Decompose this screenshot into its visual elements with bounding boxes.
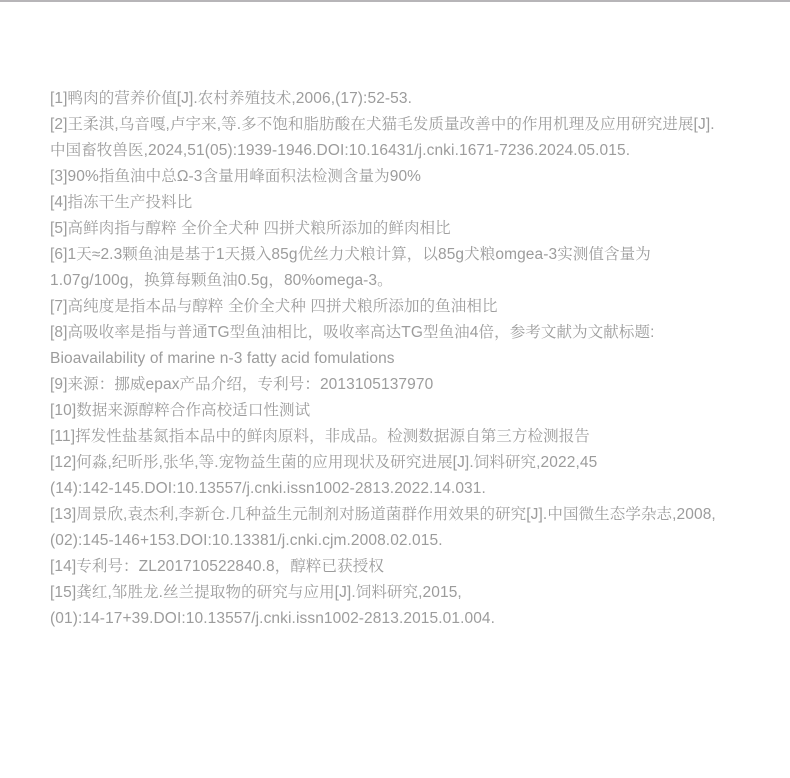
reference-line: Bioavailability of marine n-3 fatty acid… [50,346,750,372]
reference-item: [1]鸭肉的营养价值[J].农村养殖技术,2006,(17):52-53. [50,86,750,112]
reference-line: [7]高纯度是指本品与醇粹 全价全犬种 四拼犬粮所添加的鱼油相比 [50,294,750,320]
reference-item: [11]挥发性盐基氮指本品中的鲜肉原料，非成品。检测数据源自第三方检测报告 [50,424,750,450]
reference-item: [5]高鲜肉指与醇粹 全价全犬种 四拼犬粮所添加的鲜肉相比 [50,216,750,242]
reference-item: [7]高纯度是指本品与醇粹 全价全犬种 四拼犬粮所添加的鱼油相比 [50,294,750,320]
reference-line: [1]鸭肉的营养价值[J].农村养殖技术,2006,(17):52-53. [50,86,750,112]
reference-line: [12]何淼,纪昕彤,张华,等.宠物益生菌的应用现状及研究进展[J].饲料研究,… [50,450,750,476]
references-list: [1]鸭肉的营养价值[J].农村养殖技术,2006,(17):52-53. [2… [50,86,750,632]
reference-line: [10]数据来源醇粹合作高校适口性测试 [50,398,750,424]
reference-line: (01):14-17+39.DOI:10.13557/j.cnki.issn10… [50,606,750,632]
reference-line: [6]1天≈2.3颗鱼油是基于1天摄入85g优丝力犬粮计算，以85g犬粮omge… [50,242,750,268]
reference-line: [2]王柔淇,乌音嘎,卢宇来,等.多不饱和脂肪酸在犬猫毛发质量改善中的作用机理及… [50,112,750,138]
reference-item: [14]专利号：ZL201710522840.8，醇粹已获授权 [50,554,750,580]
reference-item: [2]王柔淇,乌音嘎,卢宇来,等.多不饱和脂肪酸在犬猫毛发质量改善中的作用机理及… [50,112,750,164]
reference-item: [6]1天≈2.3颗鱼油是基于1天摄入85g优丝力犬粮计算，以85g犬粮omge… [50,242,750,294]
top-divider [0,0,790,2]
reference-item: [4]指冻干生产投料比 [50,190,750,216]
reference-line: [14]专利号：ZL201710522840.8，醇粹已获授权 [50,554,750,580]
reference-item: [9]来源：挪威epax产品介绍，专利号：2013105137970 [50,372,750,398]
reference-line: [5]高鲜肉指与醇粹 全价全犬种 四拼犬粮所添加的鲜肉相比 [50,216,750,242]
reference-line: (02):145-146+153.DOI:10.13381/j.cnki.cjm… [50,528,750,554]
reference-item: [12]何淼,纪昕彤,张华,等.宠物益生菌的应用现状及研究进展[J].饲料研究,… [50,450,750,502]
reference-line: [8]高吸收率是指与普通TG型鱼油相比，吸收率高达TG型鱼油4倍，参考文献为文献… [50,320,750,346]
reference-line: (14):142-145.DOI:10.13557/j.cnki.issn100… [50,476,750,502]
reference-line: 1.07g/100g，换算每颗鱼油0.5g，80%omega-3。 [50,268,750,294]
reference-item: [10]数据来源醇粹合作高校适口性测试 [50,398,750,424]
reference-item: [13]周景欣,袁杰利,李新仓.几种益生元制剂对肠道菌群作用效果的研究[J].中… [50,502,750,554]
reference-line: [9]来源：挪威epax产品介绍，专利号：2013105137970 [50,372,750,398]
reference-item: [8]高吸收率是指与普通TG型鱼油相比，吸收率高达TG型鱼油4倍，参考文献为文献… [50,320,750,372]
reference-line: [13]周景欣,袁杰利,李新仓.几种益生元制剂对肠道菌群作用效果的研究[J].中… [50,502,750,528]
reference-line: [3]90%指鱼油中总Ω-3含量用峰面积法检测含量为90% [50,164,750,190]
reference-item: [15]龚红,邹胜龙.丝兰提取物的研究与应用[J].饲料研究,2015, (01… [50,580,750,632]
reference-item: [3]90%指鱼油中总Ω-3含量用峰面积法检测含量为90% [50,164,750,190]
reference-line: [11]挥发性盐基氮指本品中的鲜肉原料，非成品。检测数据源自第三方检测报告 [50,424,750,450]
reference-line: 中国畜牧兽医,2024,51(05):1939-1946.DOI:10.1643… [50,138,750,164]
reference-line: [15]龚红,邹胜龙.丝兰提取物的研究与应用[J].饲料研究,2015, [50,580,750,606]
reference-line: [4]指冻干生产投料比 [50,190,750,216]
